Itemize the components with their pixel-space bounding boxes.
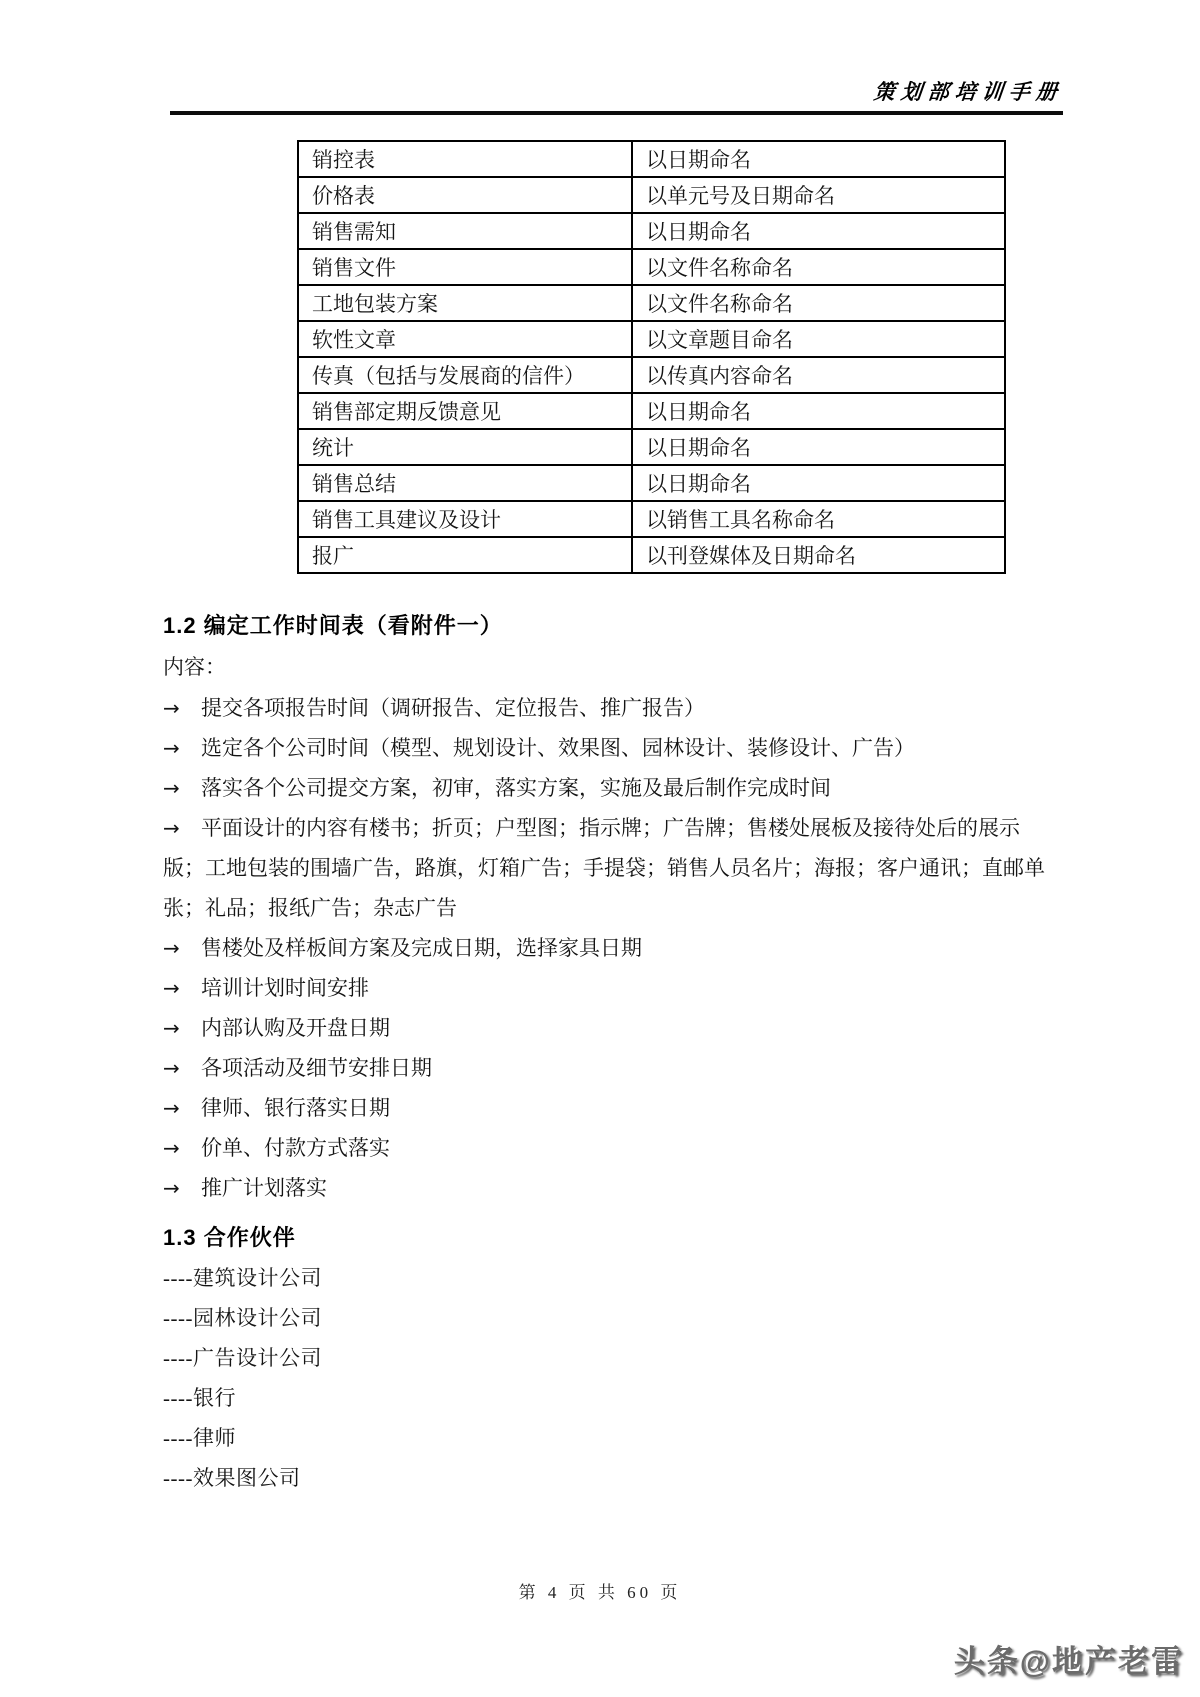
list-item-text: 提交各项报告时间（调研报告、定位报告、推广报告） bbox=[201, 696, 705, 720]
list-item: →选定各个公司时间（模型、规划设计、效果图、园林设计、装修设计、广告） bbox=[163, 728, 1048, 768]
arrow-icon: → bbox=[163, 928, 187, 968]
section-heading-1-2: 1.2 编定工作时间表（看附件一） bbox=[163, 606, 1048, 646]
list-item-text: 律师、银行落实日期 bbox=[201, 1096, 390, 1120]
list-item: →各项活动及细节安排日期 bbox=[163, 1048, 1048, 1088]
table-row: 软性文章 以文章题目命名 bbox=[298, 321, 1005, 357]
list-item: →落实各个公司提交方案，初审，落实方案，实施及最后制作完成时间 bbox=[163, 768, 1048, 808]
arrow-icon: → bbox=[163, 1128, 187, 1168]
table-cell-naming: 以日期命名 bbox=[632, 465, 1005, 501]
table-cell-item: 统计 bbox=[298, 429, 632, 465]
table-cell-item: 销售文件 bbox=[298, 249, 632, 285]
table-cell-naming: 以日期命名 bbox=[632, 429, 1005, 465]
section-heading-1-3: 1.3 合作伙伴 bbox=[163, 1218, 1048, 1258]
table-cell-naming: 以日期命名 bbox=[632, 213, 1005, 249]
list-item-text: 选定各个公司时间（模型、规划设计、效果图、园林设计、装修设计、广告） bbox=[201, 736, 915, 760]
list-item-text: 售楼处及样板间方案及完成日期，选择家具日期 bbox=[201, 936, 642, 960]
table-cell-item: 软性文章 bbox=[298, 321, 632, 357]
list-item-text: 平面设计的内容有楼书；折页；户型图；指示牌；广告牌；售楼处展板及接待处后的展示版… bbox=[163, 816, 1045, 920]
table-cell-item: 价格表 bbox=[298, 177, 632, 213]
table-cell-naming: 以销售工具名称命名 bbox=[632, 501, 1005, 537]
table-row: 销售总结 以日期命名 bbox=[298, 465, 1005, 501]
list-item: →律师、银行落实日期 bbox=[163, 1088, 1048, 1128]
table-row: 销售工具建议及设计 以销售工具名称命名 bbox=[298, 501, 1005, 537]
page-header: 策划部培训手册 bbox=[170, 76, 1063, 115]
table-cell-item: 销售需知 bbox=[298, 213, 632, 249]
table-cell-naming: 以刊登媒体及日期命名 bbox=[632, 537, 1005, 573]
list-item: →培训计划时间安排 bbox=[163, 968, 1048, 1008]
list-item-text: 内部认购及开盘日期 bbox=[201, 1016, 390, 1040]
table-cell-naming: 以传真内容命名 bbox=[632, 357, 1005, 393]
table-cell-naming: 以单元号及日期命名 bbox=[632, 177, 1005, 213]
arrow-icon: → bbox=[163, 688, 187, 728]
arrow-icon: → bbox=[163, 968, 187, 1008]
watermark-text: 头条@地产老雷 bbox=[954, 1636, 1184, 1681]
arrow-icon: → bbox=[163, 1088, 187, 1128]
table-cell-item: 销售总结 bbox=[298, 465, 632, 501]
table-cell-item: 传真（包括与发展商的信件） bbox=[298, 357, 632, 393]
list-item: →提交各项报告时间（调研报告、定位报告、推广报告） bbox=[163, 688, 1048, 728]
list-item: →售楼处及样板间方案及完成日期，选择家具日期 bbox=[163, 928, 1048, 968]
partner-item: ----银行 bbox=[163, 1378, 1048, 1418]
arrow-icon: → bbox=[163, 1008, 187, 1048]
partner-item: ----效果图公司 bbox=[163, 1458, 1048, 1498]
list-item-text: 价单、付款方式落实 bbox=[201, 1136, 390, 1160]
list-item: →价单、付款方式落实 bbox=[163, 1128, 1048, 1168]
list-item-text: 落实各个公司提交方案，初审，落实方案，实施及最后制作完成时间 bbox=[201, 776, 831, 800]
partner-item: ----建筑设计公司 bbox=[163, 1258, 1048, 1298]
arrow-icon: → bbox=[163, 728, 187, 768]
naming-convention-table: 销控表 以日期命名 价格表 以单元号及日期命名 销售需知 以日期命名 销售文件 … bbox=[297, 140, 1006, 574]
partner-item: ----广告设计公司 bbox=[163, 1338, 1048, 1378]
table-cell-naming: 以日期命名 bbox=[632, 141, 1005, 177]
list-item-text: 各项活动及细节安排日期 bbox=[201, 1056, 432, 1080]
table-row: 传真（包括与发展商的信件） 以传真内容命名 bbox=[298, 357, 1005, 393]
section-1-2-intro: 内容： bbox=[163, 646, 1048, 688]
table-row: 销控表 以日期命名 bbox=[298, 141, 1005, 177]
list-item-text: 推广计划落实 bbox=[201, 1176, 327, 1200]
table-cell-item: 工地包装方案 bbox=[298, 285, 632, 321]
table-row: 报广 以刊登媒体及日期命名 bbox=[298, 537, 1005, 573]
page-number: 第 4 页 共 60 页 bbox=[0, 1578, 1200, 1603]
table-row: 统计 以日期命名 bbox=[298, 429, 1005, 465]
table-cell-item: 报广 bbox=[298, 537, 632, 573]
table-row: 工地包装方案 以文件名称命名 bbox=[298, 285, 1005, 321]
table-row: 销售需知 以日期命名 bbox=[298, 213, 1005, 249]
arrow-icon: → bbox=[163, 1048, 187, 1088]
table-cell-naming: 以文件名称命名 bbox=[632, 285, 1005, 321]
arrow-icon: → bbox=[163, 768, 187, 808]
table-row: 销售文件 以文件名称命名 bbox=[298, 249, 1005, 285]
arrow-icon: → bbox=[163, 1168, 187, 1208]
table-cell-naming: 以文章题目命名 bbox=[632, 321, 1005, 357]
table-cell-item: 销控表 bbox=[298, 141, 632, 177]
table-row: 价格表 以单元号及日期命名 bbox=[298, 177, 1005, 213]
list-item: →内部认购及开盘日期 bbox=[163, 1008, 1048, 1048]
list-item-text: 培训计划时间安排 bbox=[201, 976, 369, 1000]
table-cell-naming: 以日期命名 bbox=[632, 393, 1005, 429]
header-title: 策划部培训手册 bbox=[872, 76, 1064, 106]
document-body: 1.2 编定工作时间表（看附件一） 内容： →提交各项报告时间（调研报告、定位报… bbox=[163, 606, 1048, 1498]
document-page: 策划部培训手册 销控表 以日期命名 价格表 以单元号及日期命名 销售需知 以日期… bbox=[0, 0, 1200, 1697]
table-cell-item: 销售工具建议及设计 bbox=[298, 501, 632, 537]
partner-item: ----律师 bbox=[163, 1418, 1048, 1458]
table-cell-item: 销售部定期反馈意见 bbox=[298, 393, 632, 429]
arrow-icon: → bbox=[163, 808, 187, 848]
list-item: →推广计划落实 bbox=[163, 1168, 1048, 1208]
list-item: →平面设计的内容有楼书；折页；户型图；指示牌；广告牌；售楼处展板及接待处后的展示… bbox=[163, 808, 1048, 928]
table-cell-naming: 以文件名称命名 bbox=[632, 249, 1005, 285]
partner-item: ----园林设计公司 bbox=[163, 1298, 1048, 1338]
table-row: 销售部定期反馈意见 以日期命名 bbox=[298, 393, 1005, 429]
